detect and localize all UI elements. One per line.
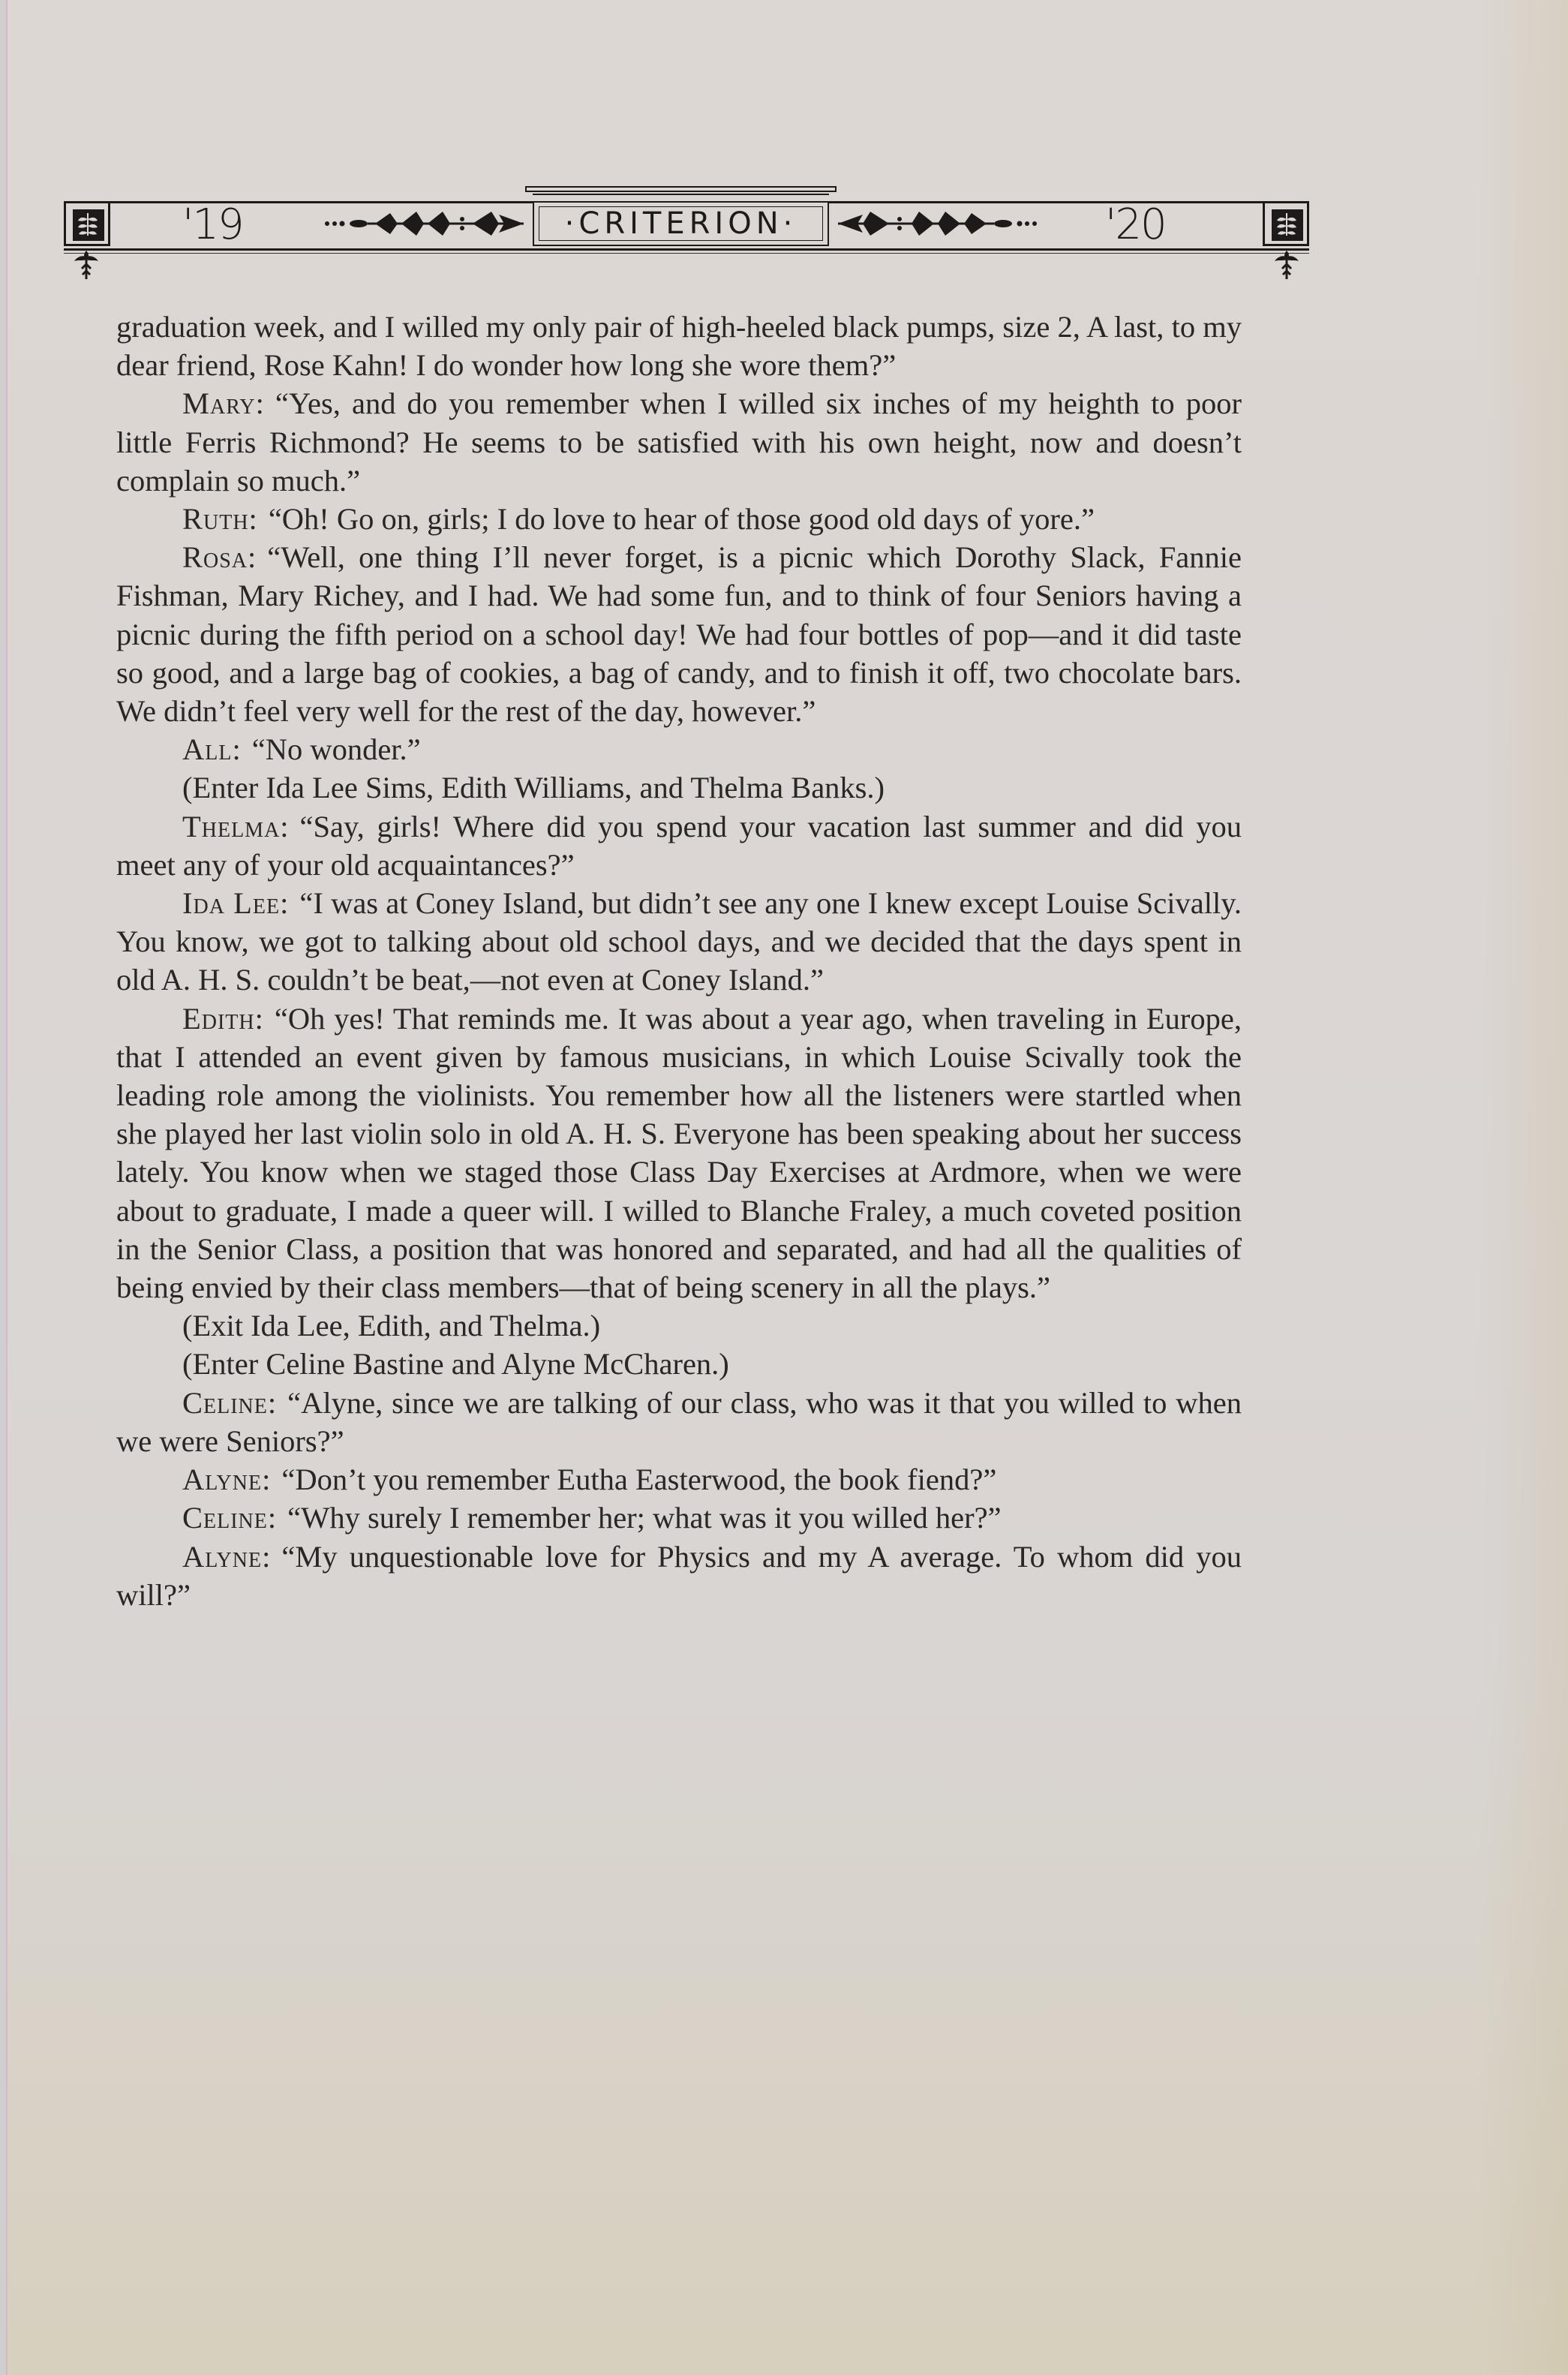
corner-ornament-left [64, 201, 110, 246]
speaker-name: Edith: [182, 1002, 264, 1036]
speaker-name: Celine: [182, 1501, 277, 1535]
leaf-icon [74, 210, 102, 239]
dialogue-text: “Oh! Go on, girls; I do love to hear of … [269, 502, 1095, 536]
speaker-name: Mary: [182, 386, 265, 420]
arrow-ornament-right-icon [323, 207, 525, 240]
dialogue-line: Celine:“Why surely I remember her; what … [116, 1499, 1242, 1537]
arrow-ornament-left-icon [837, 207, 1039, 240]
page-body: graduation week, and I willed my only pa… [116, 308, 1242, 1614]
speaker-name: Thelma: [182, 810, 290, 843]
dialogue-line: Alyne:“My unquestionable love for Physic… [116, 1538, 1242, 1614]
dialogue-text: “Don’t you remember Eutha Easterwood, th… [281, 1463, 996, 1496]
running-header: '19 '20 ·CRITERION· [64, 197, 1309, 281]
dialogue-line: Ida Lee:“I was at Coney Island, but didn… [116, 884, 1242, 1000]
dialogue-line: All:“No wonder.” [116, 730, 1242, 768]
paragraph-continuation: graduation week, and I willed my only pa… [116, 308, 1242, 384]
speaker-name: Rosa: [182, 540, 257, 574]
corner-ornament-right [1263, 201, 1309, 246]
dialogue-line: Ruth:“Oh! Go on, girls; I do love to hea… [116, 500, 1242, 538]
dialogue-line: Thelma:“Say, girls! Where did you spend … [116, 807, 1242, 884]
speaker-name: Alyne: [182, 1540, 271, 1574]
stage-direction: (Exit Ida Lee, Edith, and Thelma.) [116, 1306, 1242, 1345]
dialogue-text: “No wonder.” [252, 732, 421, 766]
pendant-ornament-icon [73, 249, 100, 281]
speaker-name: All: [182, 732, 242, 766]
speaker-name: Alyne: [182, 1463, 271, 1496]
speaker-name: Ruth: [182, 502, 258, 536]
year-right: '20 [1105, 203, 1166, 248]
dialogue-line: Celine:“Alyne, since we are talking of o… [116, 1384, 1242, 1460]
masthead-title-box: ·CRITERION· [525, 186, 837, 260]
publication-title: ·CRITERION· [565, 206, 798, 241]
stage-direction: (Enter Celine Bastine and Alyne McCharen… [116, 1345, 1242, 1383]
dialogue-text: “Well, one thing I’ll never forget, is a… [116, 540, 1242, 728]
dialogue-text: “My unquestionable love for Physics and … [116, 1540, 1242, 1612]
page-gutter-shade [1478, 0, 1568, 2375]
pendant-ornament-icon [1273, 249, 1300, 281]
year-left: '19 [182, 203, 243, 248]
dialogue-text: “Alyne, since we are talking of our clas… [116, 1386, 1242, 1458]
speaker-name: Ida Lee: [182, 886, 289, 920]
speaker-name: Celine: [182, 1386, 277, 1420]
dialogue-line: Edith:“Oh yes! That reminds me. It was a… [116, 1000, 1242, 1307]
dialogue-text: “Yes, and do you remember when I willed … [116, 386, 1242, 497]
stage-direction: (Enter Ida Lee Sims, Edith Williams, and… [116, 768, 1242, 807]
dialogue-line: Alyne:“Don’t you remember Eutha Easterwo… [116, 1460, 1242, 1499]
dialogue-line: Mary:“Yes, and do you remember when I wi… [116, 384, 1242, 500]
page-left-edge [0, 0, 8, 2375]
dialogue-line: Rosa:“Well, one thing I’ll never forget,… [116, 538, 1242, 730]
dialogue-text: “Oh yes! That reminds me. It was about a… [116, 1002, 1242, 1304]
leaf-icon [1272, 210, 1301, 239]
dialogue-text: “Why surely I remember her; what was it … [287, 1501, 1001, 1535]
